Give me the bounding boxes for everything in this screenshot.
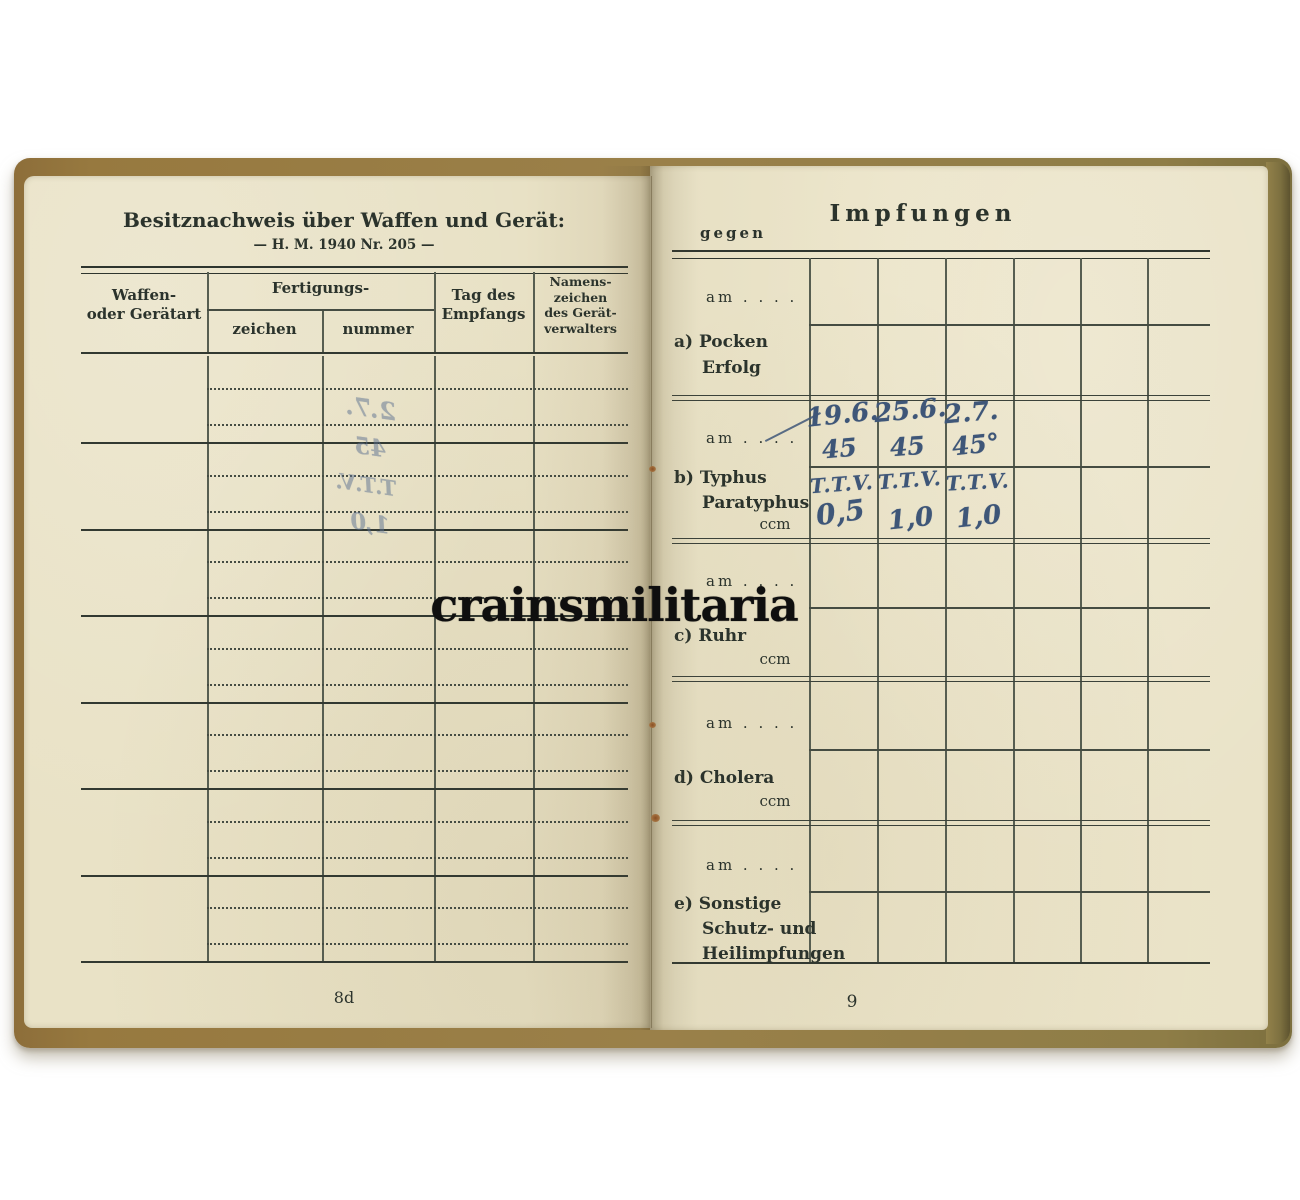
column-header-nummer: nummer (322, 320, 434, 338)
section-mid-rule (809, 466, 1210, 468)
ink-bleedthrough-mark: 2.7. (344, 391, 398, 427)
column-header-namenszeichen: Namens- zeichen des Gerät- verwalters (533, 274, 628, 336)
right-page-number: 9 (822, 992, 882, 1012)
header-bottom-rule (81, 352, 628, 354)
entry-dotted-line (207, 424, 628, 426)
section-mid-rule (809, 324, 1210, 326)
column-header-line: Tag des (434, 286, 533, 305)
section-mid-rule (809, 607, 1210, 609)
am-label-d: am . . . . (706, 714, 797, 732)
left-page-subtitle: — H. M. 1940 Nr. 205 — (64, 237, 624, 253)
section-label-erfolg: Erfolg (702, 358, 761, 378)
entry-dotted-line (207, 648, 628, 650)
handwritten-year: 45° (951, 428, 1001, 462)
grid-column-rule (809, 258, 811, 963)
column-header-fertigungs: Fertigungs- (207, 279, 434, 297)
am-label-a: am . . . . (706, 288, 797, 306)
grid-column-rule (1013, 258, 1015, 963)
handwritten-date: 25.6. (873, 393, 948, 429)
handwritten-dose: 0,5 (814, 493, 867, 532)
grid-column-rule (877, 258, 879, 963)
handwritten-year: 45 (889, 431, 926, 462)
section-separator (672, 538, 1210, 544)
section-label-pocken: a) Pocken (674, 332, 768, 352)
staple (651, 814, 660, 822)
right-page-title: Impfungen (723, 200, 1123, 227)
section-separator (672, 676, 1210, 682)
column-header-waffenart: Waffen- oder Gerätart (81, 286, 207, 324)
grid-column-rule (1147, 258, 1149, 963)
entry-dotted-line (207, 770, 628, 772)
grid-column-rule (1080, 258, 1082, 963)
entry-dotted-line (207, 857, 628, 859)
watermark: crainsmilitaria (424, 578, 804, 632)
entry-dotted-line (207, 821, 628, 823)
section-mid-rule (809, 891, 1210, 893)
ink-bleedthrough-mark: 45 (352, 432, 387, 463)
row-separator (81, 788, 628, 790)
entry-dotted-line (207, 907, 628, 909)
entry-dotted-line (207, 943, 628, 945)
column-header-zeichen: zeichen (207, 320, 322, 338)
fertigungs-underline (207, 309, 434, 311)
title-rule (672, 250, 1210, 259)
section-label-typhus: b) Typhus (674, 468, 767, 488)
ink-bleedthrough-mark: 1,0 (348, 507, 391, 539)
am-label-e: am . . . . (706, 856, 797, 874)
entry-dotted-line (207, 475, 628, 477)
handwritten-date: 2.7. (943, 396, 1000, 431)
section-mid-rule (809, 749, 1210, 751)
column-header-line: verwalters (533, 321, 628, 337)
section-label-paratyphus: Paratyphus (702, 493, 809, 513)
left-page-number: 8d (314, 988, 374, 1007)
booklet-cover-right-edge (1266, 162, 1290, 1044)
handwritten-year: 45 (821, 433, 858, 465)
gegen-label: gegen (700, 224, 766, 242)
left-page-title: Besitznachweis über Waffen und Gerät: (64, 208, 624, 232)
ink-bleedthrough-mark: T.T.V. (335, 468, 398, 501)
body-column-rule (434, 356, 436, 962)
handwritten-vaccine: T.T.V. (809, 470, 874, 498)
grid-column-rule (945, 258, 947, 963)
handwritten-dose: 1,0 (955, 500, 1003, 535)
body-column-rule (322, 356, 324, 962)
ccm-label-d: ccm (746, 792, 804, 810)
column-header-line: des Gerät- (533, 305, 628, 321)
entry-dotted-line (207, 734, 628, 736)
staple (649, 722, 656, 728)
column-header-line: Empfangs (434, 305, 533, 324)
entry-dotted-line (207, 511, 628, 513)
column-header-line: zeichen (533, 290, 628, 306)
handwritten-date: 19.6. (805, 396, 880, 433)
entry-dotted-line (207, 388, 628, 390)
row-separator (81, 702, 628, 704)
staple (649, 466, 656, 472)
column-header-line: Waffen- (81, 286, 207, 305)
body-column-rule (207, 356, 209, 962)
table-top-rule (81, 266, 628, 274)
section-label-sonstige: e) Sonstige (674, 894, 781, 914)
handwritten-vaccine: T.T.V. (877, 466, 942, 494)
table-bottom-rule (81, 961, 628, 963)
section-label-schutz: Schutz- und (702, 919, 816, 939)
ccm-label-b: ccm (746, 515, 804, 533)
handwritten-dose: 1,0 (887, 502, 935, 537)
column-header-tag: Tag des Empfangs (434, 286, 533, 324)
section-label-heilimpfungen: Heilimpfungen (702, 944, 845, 964)
entry-dotted-line (207, 684, 628, 686)
column-header-line: Namens- (533, 274, 628, 290)
handwritten-vaccine: T.T.V. (945, 468, 1010, 495)
row-separator (81, 875, 628, 877)
body-column-rule (533, 356, 535, 962)
section-separator (672, 820, 1210, 826)
section-label-cholera: d) Cholera (674, 768, 774, 788)
entry-dotted-line (207, 561, 628, 563)
column-header-line: oder Gerätart (81, 305, 207, 324)
ccm-label-c: ccm (746, 650, 804, 668)
